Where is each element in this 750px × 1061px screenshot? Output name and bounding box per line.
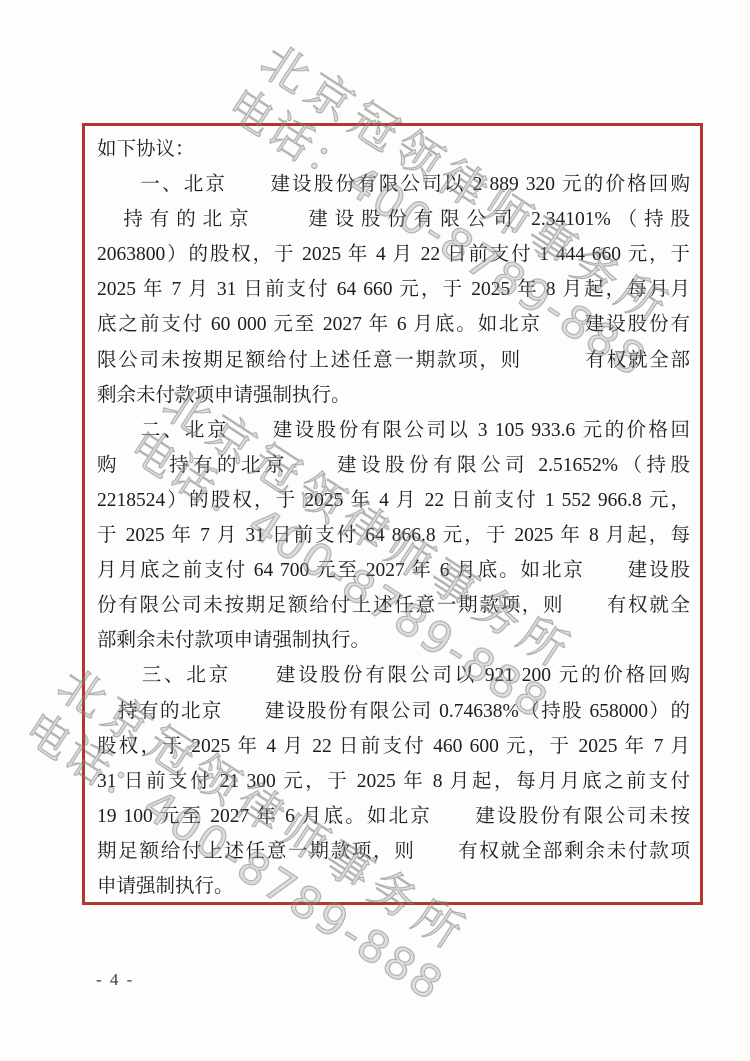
text-line: 2025 年 7 月 31 日前支付 64 660 元，于 2025 年 8 月…: [97, 272, 690, 307]
text-line: 于 2025 年 7 月 31 日前支付 64 866.8 元，于 2025 年…: [97, 518, 690, 553]
text-line: 底之前支付 60 000 元至 2027 年 6 月底。如北京 建设股份有: [97, 307, 690, 342]
text-line: 一、北京 建设股份有限公司以 2 889 320 元的价格回购: [97, 167, 690, 202]
text-line: 三、北京 建设股份有限公司以 921 200 元的价格回购: [97, 658, 690, 693]
text-line: 申请强制执行。: [97, 869, 690, 904]
text-line: 2063800）的股权，于 2025 年 4 月 22 日前支付 1 444 6…: [97, 237, 690, 272]
text-line: 二、北京 建设股份有限公司以 3 105 933.6 元的价格回: [97, 413, 690, 448]
text-line: 部剩余未付款项申请强制执行。: [97, 623, 690, 658]
text-line: 股权，于 2025 年 4 月 22 日前支付 460 600 元，于 2025…: [97, 729, 690, 764]
agreement-body: 如下协议： 一、北京 建设股份有限公司以 2 889 320 元的价格回购 持有…: [97, 132, 690, 904]
text-line: 限公司未按期足额给付上述任意一期款项，则 有权就全部: [97, 343, 690, 378]
text-line: 19 100 元至 2027 年 6 月底。如北京 建设股份有限公司未按: [97, 799, 690, 834]
text-line: 2218524）的股权，于 2025 年 4 月 22 日前支付 1 552 9…: [97, 483, 690, 518]
text-line: 持有的北京 建设股份有限公司 0.74638%（持股 658000）的: [97, 694, 690, 729]
text-line: 剩余未付款项申请强制执行。: [97, 378, 690, 413]
document-page: 如下协议： 一、北京 建设股份有限公司以 2 889 320 元的价格回购 持有…: [0, 0, 750, 1061]
text-line: 月月底之前支付 64 700 元至 2027 年 6 月底。如北京 建设股: [97, 553, 690, 588]
page-number: - 4 -: [96, 970, 134, 990]
text-line: 31 日前支付 21 300 元，于 2025 年 8 月起，每月月底之前支付: [97, 764, 690, 799]
text-line: 份有限公司未按期足额给付上述任意一期款项，则 有权就全: [97, 588, 690, 623]
text-line: 购 持有的北京 建设股份有限公司 2.51652%（持股: [97, 448, 690, 483]
text-line: 持有的北京 建设股份有限公司 2.34101%（持股: [97, 202, 690, 237]
text-line: 如下协议：: [97, 132, 690, 167]
text-line: 期足额给付上述任意一期款项，则 有权就全部剩余未付款项: [97, 834, 690, 869]
